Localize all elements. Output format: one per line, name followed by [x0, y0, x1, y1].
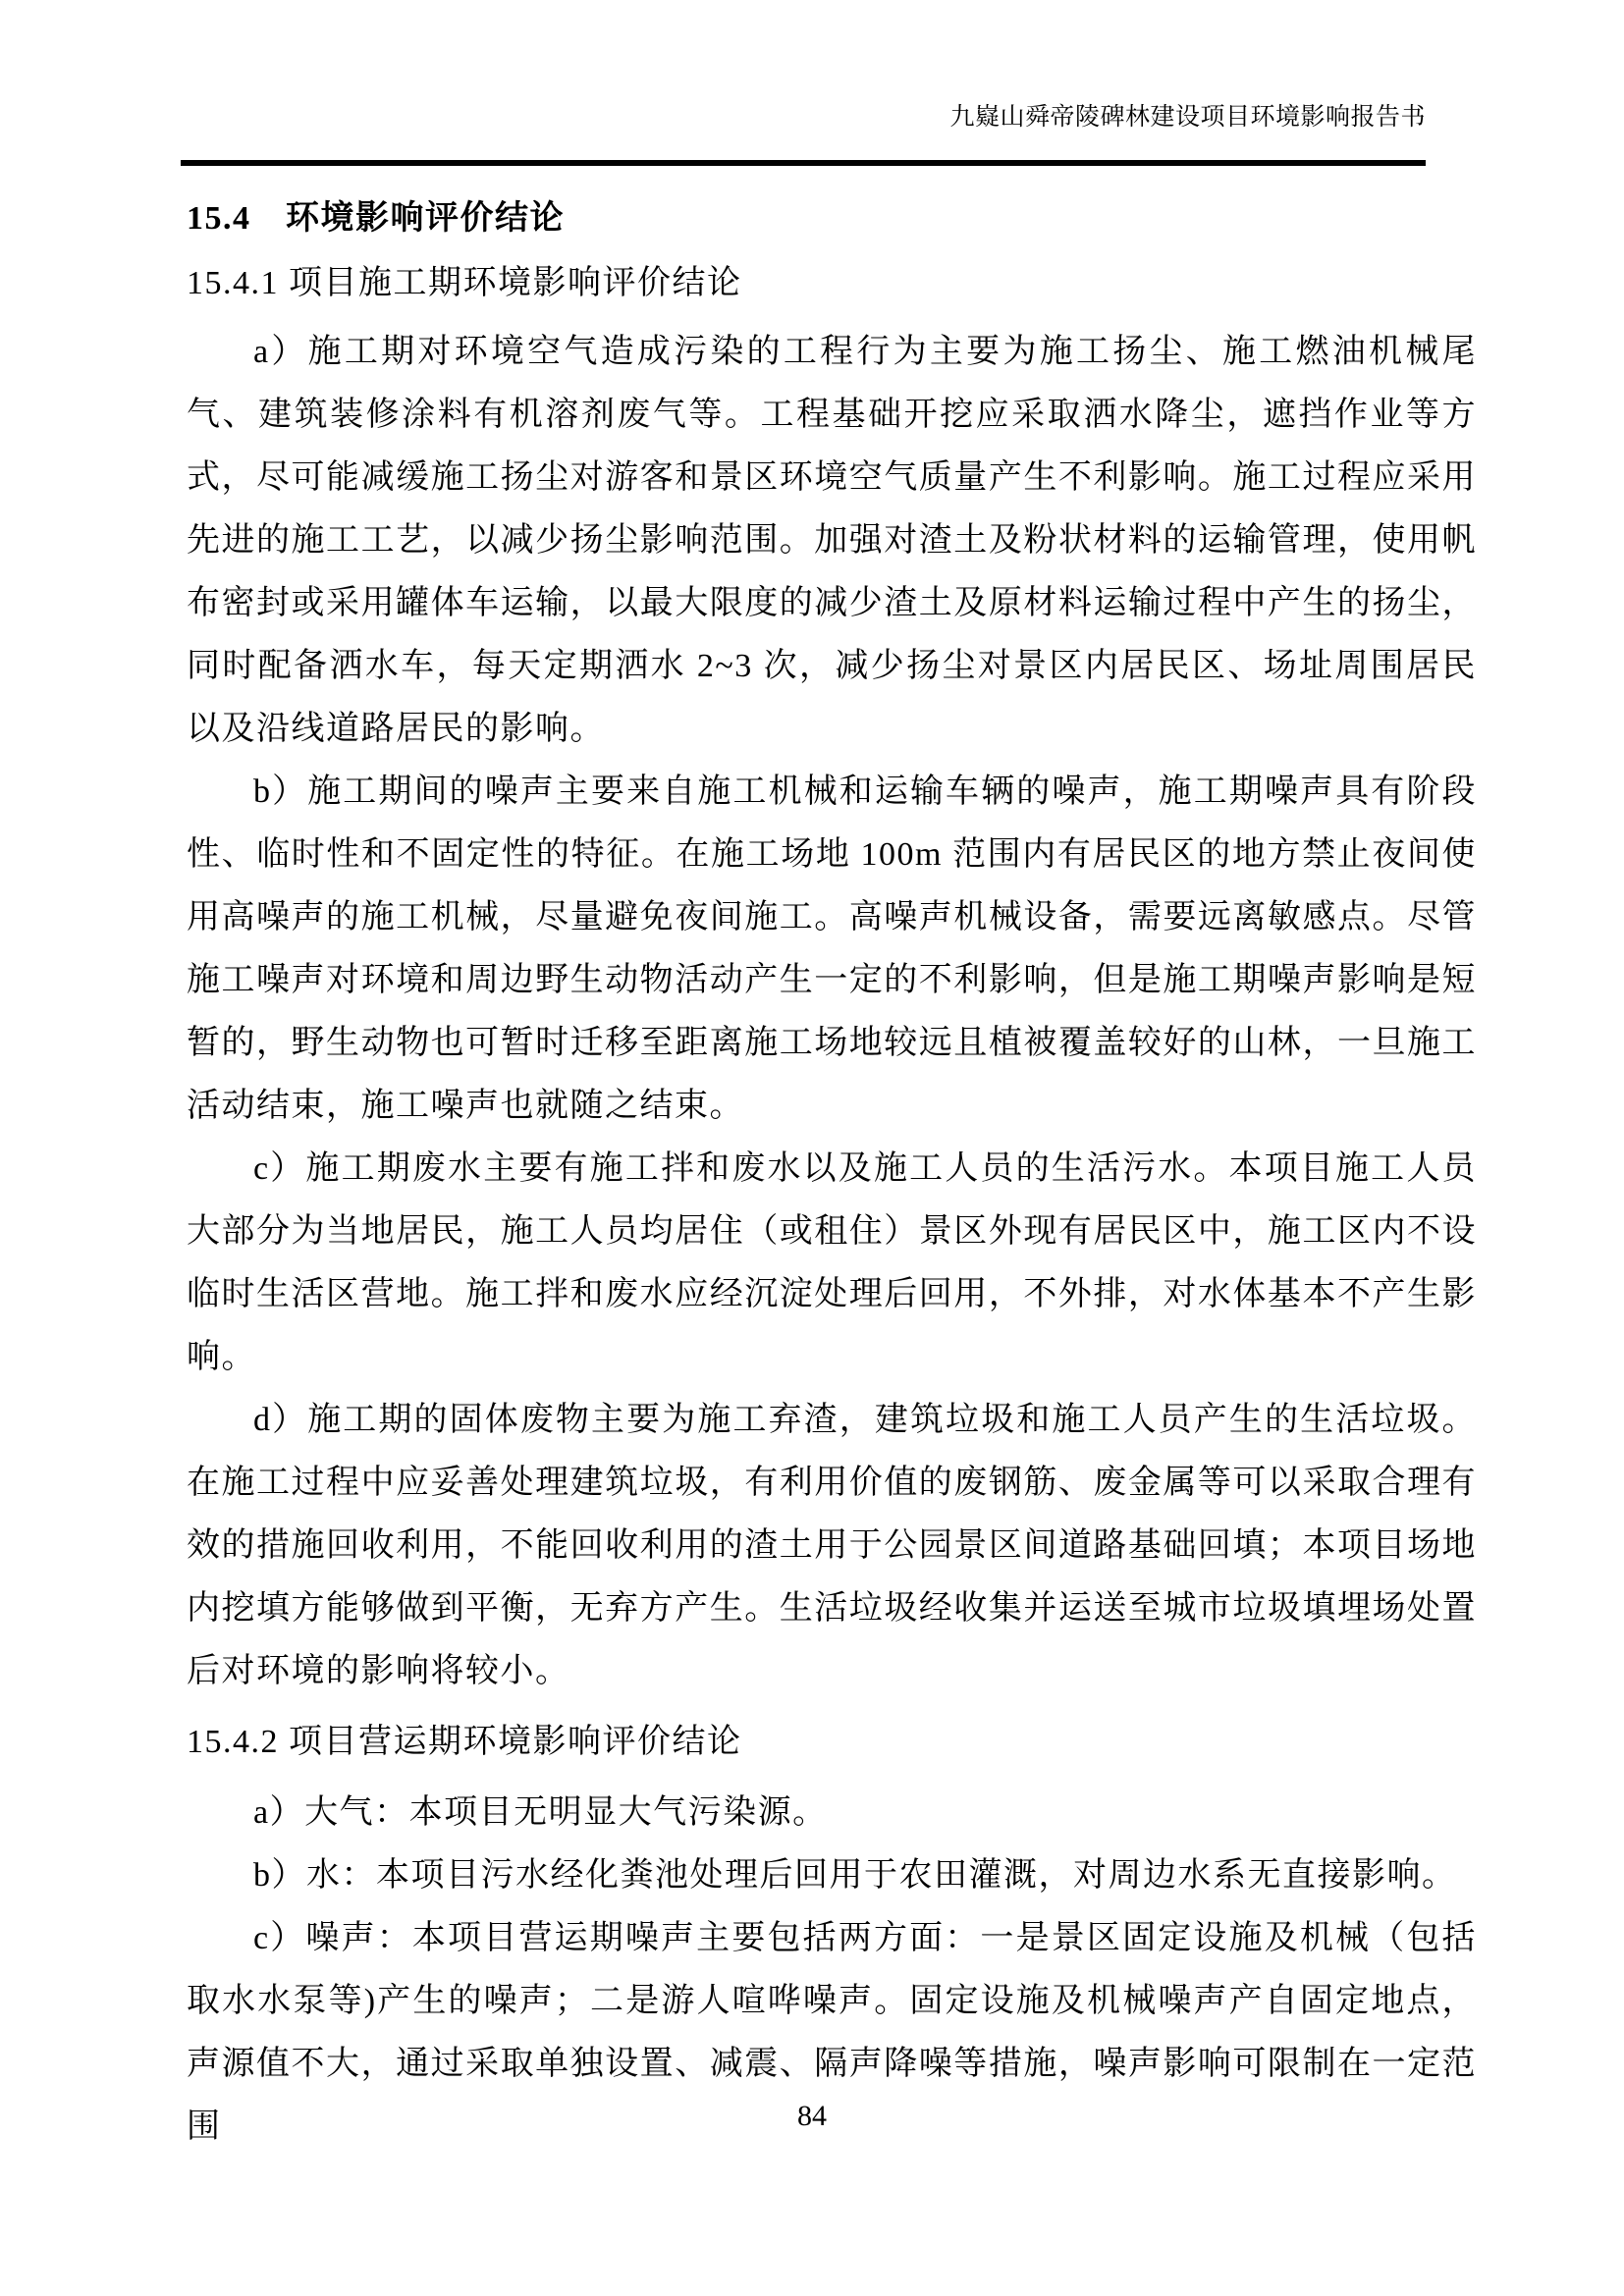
page-header: 九嶷山舜帝陵碑林建设项目环境影响报告书	[181, 0, 1426, 134]
construction-paragraph-b: b）施工期间的噪声主要来自施工机械和运输车辆的噪声，施工期噪声具有阶段性、临时性…	[187, 761, 1477, 1138]
construction-paragraph-a: a）施工期对环境空气造成污染的工程行为主要为施工扬尘、施工燃油机械尾气、建筑装修…	[187, 321, 1477, 761]
operation-paragraph-b: b）水：本项目污水经化粪池处理后回用于农田灌溉，对周边水系无直接影响。	[187, 1844, 1477, 1907]
running-title: 九嶷山舜帝陵碑林建设项目环境影响报告书	[949, 104, 1426, 131]
page-number: 84	[0, 2099, 1624, 2134]
document-page: 九嶷山舜帝陵碑林建设项目环境影响报告书 15.4 环境影响评价结论 15.4.1…	[0, 0, 1624, 2296]
header-rule	[181, 160, 1426, 166]
subsection-title-construction: 15.4.1 项目施工期环境影响评价结论	[187, 260, 1477, 307]
construction-paragraph-d: d）施工期的固体废物主要为施工弃渣，建筑垃圾和施工人员产生的生活垃圾。在施工过程…	[187, 1389, 1477, 1703]
construction-paragraph-c: c）施工期废水主要有施工拌和废水以及施工人员的生活污水。本项目施工人员大部分为当…	[187, 1138, 1477, 1389]
subsection-title-operation: 15.4.2 项目营运期环境影响评价结论	[187, 1711, 1477, 1774]
operation-paragraph-a: a）大气：本项目无明显大气污染源。	[187, 1782, 1477, 1844]
document-body: 15.4 环境影响评价结论 15.4.1 项目施工期环境影响评价结论 a）施工期…	[187, 195, 1477, 2159]
section-title: 15.4 环境影响评价结论	[187, 195, 1477, 242]
